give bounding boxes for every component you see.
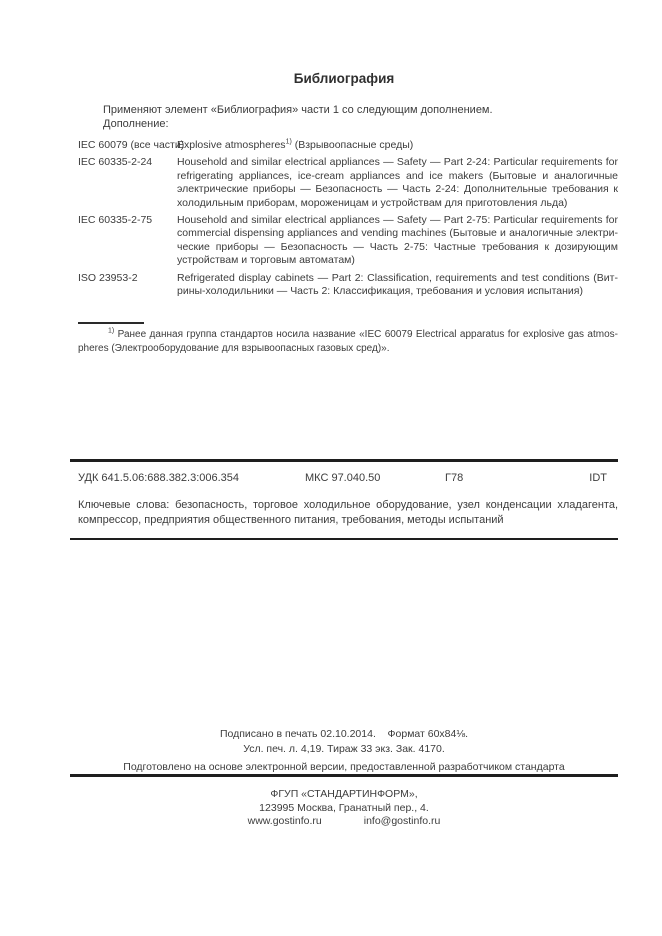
entry-code: IEC 60335-2-75 xyxy=(78,214,177,268)
publisher-website: www.gostinfo.ru xyxy=(248,815,322,829)
classification-row: УДК 641.5.06:688.382.3:006.354 МКС 97.04… xyxy=(70,472,618,485)
prepared-note: Подготовлено на основе электронной верси… xyxy=(70,761,618,774)
page-title: Библиография xyxy=(70,71,618,86)
divider-line xyxy=(70,459,618,462)
divider-line xyxy=(70,538,618,540)
intro-paragraph: Применяют элемент «Библиография» части 1… xyxy=(78,103,618,117)
publisher-block: ФГУП «СТАНДАРТИНФОРМ», 123995 Москва, Гр… xyxy=(70,788,618,829)
entry-description: Household and similar electrical applian… xyxy=(177,156,618,210)
bibliography-entry: IEC 60079 (все части) Explosive atmosphe… xyxy=(78,139,618,152)
classification-section: УДК 641.5.06:688.382.3:006.354 МКС 97.04… xyxy=(70,459,618,540)
entry-code: ISO 23953-2 xyxy=(78,272,177,299)
bibliography-entry: ISO 23953-2 Refrigerated display cabinet… xyxy=(78,272,618,299)
okp-code: Г78 xyxy=(445,472,589,485)
imprint-section: Подписано в печать 02.10.2014. Формат 60… xyxy=(70,721,618,829)
idt-mark: IDT xyxy=(589,472,607,485)
bibliography-entry: IEC 60335-2-75 Household and similar ele… xyxy=(78,214,618,268)
bibliography-entry: IEC 60335-2-24 Household and similar ele… xyxy=(78,156,618,210)
divider-line xyxy=(70,774,618,777)
publisher-address: 123995 Москва, Гранатный пер., 4. xyxy=(70,802,618,816)
entry-code: IEC 60335-2-24 xyxy=(78,156,177,210)
entry-code: IEC 60079 (все части) xyxy=(78,139,177,152)
keywords-paragraph: Ключевые слова: безопасность, торговое х… xyxy=(78,498,618,528)
footnote: 1) Ранее данная группа стандартов носила… xyxy=(70,322,618,355)
entry-text: Explosive atmospheres xyxy=(177,139,286,151)
udk-code: УДК 641.5.06:688.382.3:006.354 xyxy=(78,472,305,485)
footnote-text: 1) Ранее данная группа стандартов носила… xyxy=(78,328,618,355)
footnote-body: Ранее данная группа стандартов носила на… xyxy=(78,329,618,353)
entry-description: Refrigerated display cabinets — Part 2: … xyxy=(177,272,618,299)
bibliography-section: Библиография Применяют элемент «Библиогр… xyxy=(70,0,618,355)
publisher-email: info@gostinfo.ru xyxy=(364,815,441,829)
publisher-contacts: www.gostinfo.ru info@gostinfo.ru xyxy=(70,815,618,829)
mks-code: МКС 97.040.50 xyxy=(305,472,445,485)
footnote-divider xyxy=(78,322,144,324)
bibliography-list: IEC 60079 (все части) Explosive atmosphe… xyxy=(78,139,618,298)
entry-description: Household and similar electrical applian… xyxy=(177,214,618,268)
addition-label: Дополнение: xyxy=(78,117,618,131)
publisher-name: ФГУП «СТАНДАРТИНФОРМ», xyxy=(70,788,618,802)
print-info-line: Подписано в печать 02.10.2014. Формат 60… xyxy=(70,727,618,742)
print-info-line: Усл. печ. л. 4,19. Тираж 33 экз. Зак. 41… xyxy=(70,742,618,757)
entry-text: (Взрывоопасные среды) xyxy=(292,139,414,151)
entry-description: Explosive atmospheres1) (Взрывоопасные с… xyxy=(177,139,618,152)
